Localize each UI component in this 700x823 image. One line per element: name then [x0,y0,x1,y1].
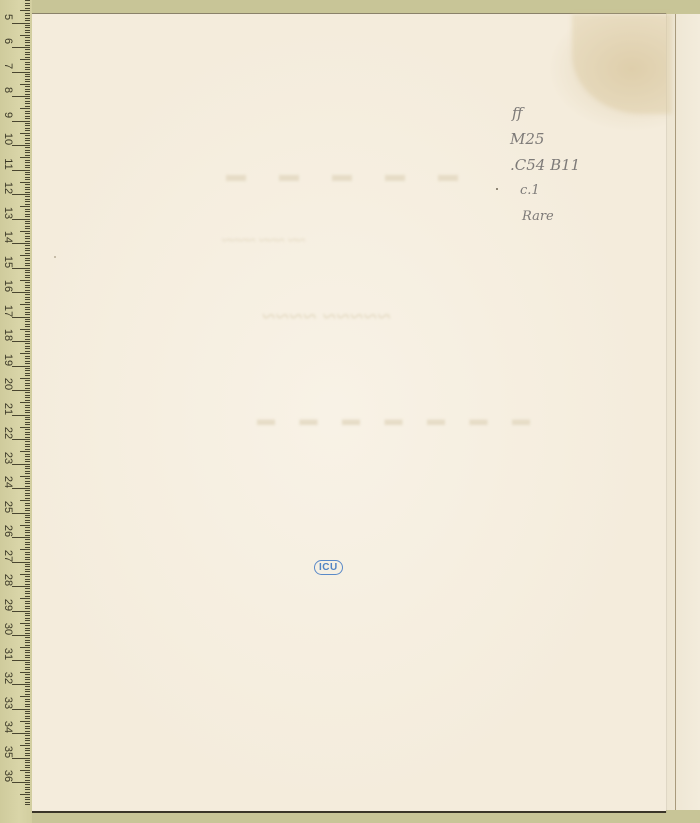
ruler-tick [25,412,30,413]
ruler-tick [25,351,30,352]
ruler-tick [12,464,30,465]
ruler-tick [25,248,30,249]
ruler-tick [20,304,30,305]
ruler-tick [25,54,30,55]
ruler-tick [25,5,30,6]
ruler-tick [25,233,30,234]
ruler-tick [25,221,30,222]
ruler-tick [25,13,30,14]
ruler-tick [25,625,30,626]
ruler-tick [25,106,30,107]
ruler-tick [25,128,30,129]
ruler-tick [25,630,30,631]
ruler-tick [25,211,30,212]
call-number-line: M25 [510,126,580,152]
ruler-tick [25,603,30,604]
ruler-tick [25,52,30,53]
ruler-tick [25,361,30,362]
ruler-tick [25,682,30,683]
ruler-tick [25,260,30,261]
ruler-tick [12,243,30,244]
ruler-tick [25,728,30,729]
ruler-tick [25,645,30,646]
ruler-tick [25,265,30,266]
ruler-tick [12,390,30,391]
ruler-number: 24 [2,475,14,489]
ruler-tick [25,557,30,558]
ruler-tick [20,84,30,85]
ruler-tick [25,679,30,680]
ruler-tick [25,192,30,193]
ruler-tick [25,718,30,719]
ruler-tick [25,792,30,793]
ruler-tick [25,187,30,188]
ruler-tick [25,339,30,340]
ruler-tick [12,341,30,342]
ruler-tick [25,459,30,460]
ruler-tick [25,417,30,418]
ink-speck [496,188,498,190]
ruler-tick [25,571,30,572]
ruler-tick [12,611,30,612]
ruler-tick [25,81,30,82]
ruler-tick [20,500,30,501]
ruler-tick [20,133,30,134]
ruler-tick [25,596,30,597]
ruler-tick [25,461,30,462]
ruler-tick [25,250,30,251]
ruler-tick [25,547,30,548]
ruler-tick [25,294,30,295]
ruler-number: 31 [2,647,14,661]
ruler-tick [25,481,30,482]
ruler-tick [25,723,30,724]
ruler-tick [25,263,30,264]
ruler-tick [25,606,30,607]
ruler-number: 10 [2,132,14,146]
ruler-tick [12,586,30,587]
ruler-tick [25,150,30,151]
ruler-tick [25,62,30,63]
ruler-tick [25,517,30,518]
ruler-tick [25,765,30,766]
ruler-tick [25,199,30,200]
ruler-tick [25,253,30,254]
ruler-tick [25,468,30,469]
ruler-number: 12 [2,181,14,195]
ruler-tick [25,640,30,641]
ruler-tick [25,174,30,175]
ruler-tick [25,111,30,112]
ruler-tick [25,69,30,70]
ruler-tick [25,32,30,33]
ruler-tick [25,147,30,148]
ruler-tick [25,787,30,788]
ruler-tick [25,177,30,178]
ruler-tick [25,76,30,77]
ruler-tick [25,0,30,1]
ruler-tick [25,552,30,553]
ruler-tick [25,216,30,217]
ruler-tick [25,285,30,286]
ruler-tick [25,245,30,246]
ruler-number: 20 [2,377,14,391]
ruler-tick [25,348,30,349]
water-stain [572,14,672,114]
ruler-tick [25,704,30,705]
ruler-tick [25,272,30,273]
ruler-tick [12,562,30,563]
ruler-tick [20,525,30,526]
ruler-tick [25,777,30,778]
ruler-tick [20,549,30,550]
document-page: ▬ ▬ ▬ ▬ ▬ ~~ ~~~ ~~~~ ~~~~~ ~~~~ ▬ ▬ ▬ ▬… [32,13,666,813]
ruler-number: 29 [2,598,14,612]
ruler-tick [25,486,30,487]
ruler-tick [25,370,30,371]
ruler-tick [20,451,30,452]
ruler-tick [25,535,30,536]
ruler-tick [25,522,30,523]
ruler-tick [25,667,30,668]
call-number-annotation: ff M25 .C54 B11 c.1 Rare [510,100,580,230]
ruler-tick [25,608,30,609]
ruler-tick [25,743,30,744]
ruler-tick [20,329,30,330]
ruler-tick [25,375,30,376]
ruler-tick [25,738,30,739]
ruler-number: 15 [2,255,14,269]
ruler-tick [25,657,30,658]
ruler-tick [12,758,30,759]
ruler-tick [12,47,30,48]
ruler-tick [25,290,30,291]
ruler-number: 28 [2,573,14,587]
bleed-through-publisher: ▬ ▬ ▬ ▬ ▬ ▬ ▬ [247,409,530,430]
ruler-tick [25,410,30,411]
ruler-tick [12,194,30,195]
ruler-tick [20,647,30,648]
ruler-tick [12,366,30,367]
ruler-tick [25,539,30,540]
ruler-tick [25,483,30,484]
bleed-through-title: ▬ ▬ ▬ ▬ ▬ [212,164,458,187]
ruler-tick [25,731,30,732]
ruler-tick [25,383,30,384]
ruler-tick [25,419,30,420]
ruler-tick [20,35,30,36]
ruler-tick [25,152,30,153]
ruler-tick [25,613,30,614]
ruler-tick [25,762,30,763]
bleed-through-name: ~~~~~ ~~~~ [262,304,391,331]
ruler-tick [25,618,30,619]
ruler-tick [20,206,30,207]
ruler-tick [25,336,30,337]
call-number-line: .C54 B11 [510,152,580,178]
ruler-tick [25,750,30,751]
ruler-tick [12,513,30,514]
ruler-tick [20,59,30,60]
ruler-tick [12,415,30,416]
ruler-tick [12,537,30,538]
ruler-tick [25,226,30,227]
ruler-tick [25,18,30,19]
ruler-tick [12,219,30,220]
ruler-tick [25,162,30,163]
ruler-number: 13 [2,206,14,220]
ruler-tick [25,432,30,433]
ruler-tick [20,623,30,624]
ruler-tick [25,368,30,369]
ruler-tick [25,331,30,332]
ruler-tick [25,642,30,643]
ruler-number: 32 [2,671,14,685]
ruler-tick [25,441,30,442]
ruler-tick [25,356,30,357]
ruler-tick [25,130,30,131]
ruler-tick [25,579,30,580]
ruler-tick [25,748,30,749]
ruler-tick [12,292,30,293]
ruler-tick [25,314,30,315]
ruler-tick [25,564,30,565]
ruler-tick [25,15,30,16]
ruler-tick [25,179,30,180]
ruler-tick [25,3,30,4]
ruler-number: 34 [2,720,14,734]
ruler-tick [25,40,30,41]
ruler-tick [25,784,30,785]
ruler-number: 35 [2,745,14,759]
ruler-tick [25,302,30,303]
ruler-tick [25,495,30,496]
ruler-tick [25,498,30,499]
ruler-tick [20,108,30,109]
ruler-tick [25,407,30,408]
ruler-number: 36 [2,769,14,783]
ruler-tick [25,544,30,545]
ruler-tick [25,753,30,754]
ruler-tick [25,429,30,430]
ruler-tick [25,160,30,161]
ruler-tick [25,223,30,224]
ruler-tick [25,79,30,80]
ruler-tick [20,696,30,697]
ruler-tick [25,689,30,690]
ruler-number: 19 [2,353,14,367]
ruler-tick [25,45,30,46]
ruler-tick [25,400,30,401]
ruler-tick [25,669,30,670]
ruler-tick [25,576,30,577]
ruler-number: 9 [2,108,14,122]
ruler-tick [20,672,30,673]
ruler-number: 14 [2,230,14,244]
ruler-tick [25,86,30,87]
ruler-tick [25,326,30,327]
ruler-tick [20,721,30,722]
ruler-tick [25,713,30,714]
ruler-tick [25,282,30,283]
ruler-tick [12,23,30,24]
ruler-tick [25,204,30,205]
ruler-tick [25,307,30,308]
ruler-tick [20,794,30,795]
ruler-tick [25,711,30,712]
ruler-tick [25,57,30,58]
ruler-tick [25,569,30,570]
measuring-ruler: 4567891011121314151617181920212223242526… [0,0,32,823]
call-number-line: Rare [510,204,580,230]
ruler-tick [25,101,30,102]
ruler-tick [25,542,30,543]
ruler-tick [25,767,30,768]
ruler-number: 30 [2,622,14,636]
ruler-tick [25,135,30,136]
ruler-tick [25,67,30,68]
ruler-tick [25,363,30,364]
ruler-tick [25,270,30,271]
ruler-tick [25,444,30,445]
ruler-tick [25,405,30,406]
ruler-number: 7 [2,59,14,73]
ruler-tick [25,312,30,313]
ruler-tick [25,299,30,300]
ruler-tick [25,674,30,675]
ruler-tick [25,508,30,509]
call-number-line: ff [510,100,580,126]
ruler-tick [25,588,30,589]
ruler-number: 11 [2,157,14,171]
ruler-tick [25,42,30,43]
ruler-tick [25,510,30,511]
ink-speck [54,256,56,258]
ruler-tick [20,182,30,183]
library-stamp: ICU [314,560,343,575]
ruler-tick [12,782,30,783]
ruler-tick [25,98,30,99]
ruler-tick [25,664,30,665]
ruler-tick [25,388,30,389]
ruler-tick [25,780,30,781]
ruler-tick [25,138,30,139]
ruler-tick [25,37,30,38]
ruler-tick [25,691,30,692]
ruler-tick [25,20,30,21]
ruler-tick [25,201,30,202]
ruler-tick [25,287,30,288]
ruler-tick [20,231,30,232]
ruler-tick [25,799,30,800]
ruler-tick [25,775,30,776]
ruler-number: 23 [2,451,14,465]
ruler-tick [12,488,30,489]
ruler-tick [25,165,30,166]
ruler-tick [25,155,30,156]
ruler-number: 18 [2,328,14,342]
ruler-tick [25,258,30,259]
ruler-tick [25,116,30,117]
ruler-tick [25,103,30,104]
ruler-number: 8 [2,83,14,97]
ruler-tick [25,637,30,638]
ruler-tick [25,591,30,592]
ruler-tick [25,530,30,531]
ruler-tick [25,694,30,695]
ruler-tick [25,471,30,472]
ruler-tick [25,434,30,435]
ruler-tick [12,121,30,122]
ruler-tick [25,373,30,374]
ruler-tick [25,633,30,634]
ruler-tick [25,789,30,790]
ruler-tick [25,397,30,398]
ruler-tick [12,439,30,440]
ruler-tick [25,334,30,335]
ruler-tick [25,581,30,582]
ruler-tick [12,733,30,734]
ruler-tick [25,8,30,9]
ruler-tick [25,726,30,727]
ruler-number: 5 [2,10,14,24]
ruler-tick [25,699,30,700]
ruler-tick [25,735,30,736]
ruler-tick [25,559,30,560]
ruler-tick [25,493,30,494]
ruler-tick [25,25,30,26]
ruler-tick [25,125,30,126]
ruler-tick [25,167,30,168]
ruler-tick [25,94,30,95]
ruler-tick [25,554,30,555]
ruler-tick [25,118,30,119]
adjacent-page-edge [660,14,700,810]
ruler-tick [25,236,30,237]
ruler-tick [25,392,30,393]
ruler-tick [25,27,30,28]
ruler-tick [25,172,30,173]
ruler-tick [25,214,30,215]
ruler-tick [25,686,30,687]
ruler-tick [25,385,30,386]
ruler-tick [20,10,30,11]
ruler-tick [25,113,30,114]
ruler-tick [25,277,30,278]
ruler-tick [25,652,30,653]
ruler-tick [25,772,30,773]
ruler-tick [20,378,30,379]
ruler-tick [12,317,30,318]
ruler-tick [25,346,30,347]
ruler-tick [25,706,30,707]
ruler-tick [25,760,30,761]
ruler-tick [20,427,30,428]
ruler-tick [25,677,30,678]
ruler-tick [25,275,30,276]
ruler-number: 25 [2,500,14,514]
ruler-tick [20,476,30,477]
ruler-tick [25,395,30,396]
ruler-tick [25,422,30,423]
ruler-tick [25,584,30,585]
ruler-tick [20,770,30,771]
ruler-tick [25,490,30,491]
ruler-tick [20,402,30,403]
ruler-number: 21 [2,402,14,416]
ruler-tick [25,473,30,474]
ruler-tick [20,255,30,256]
